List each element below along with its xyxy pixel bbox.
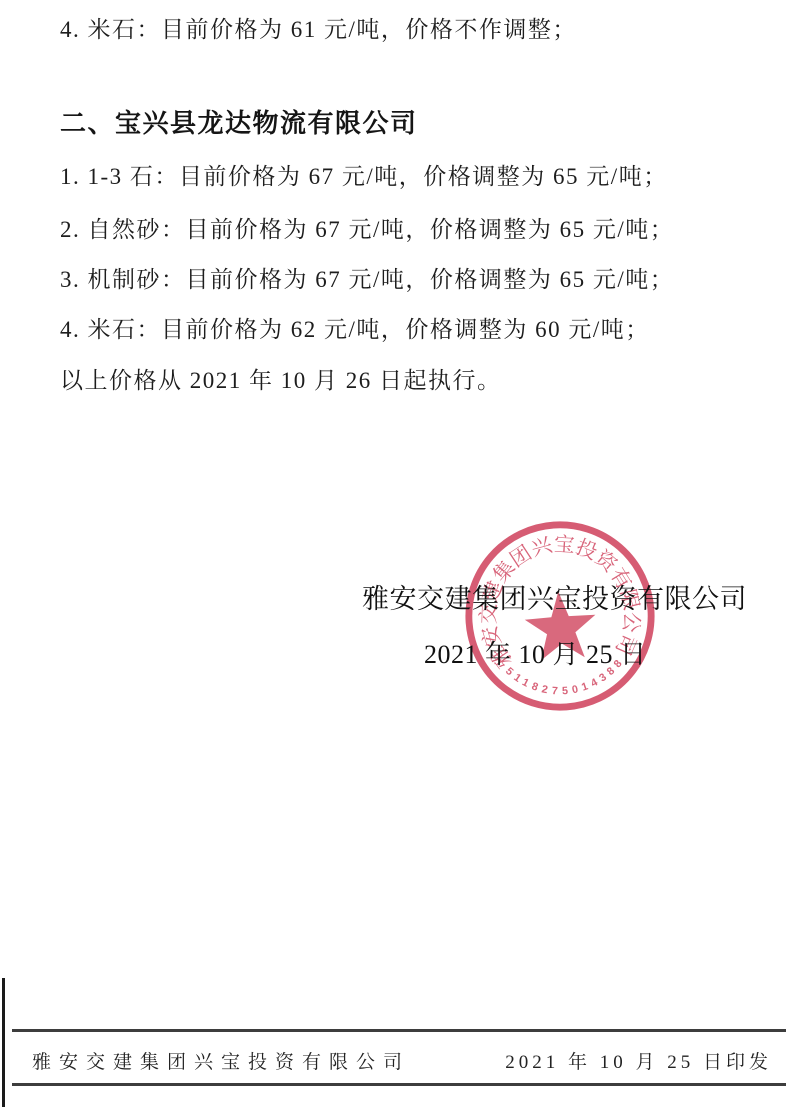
footer-bottom-rule xyxy=(12,1083,786,1086)
price-line-1-3-stone: 1. 1-3 石：目前价格为 67 元/吨，价格调整为 65 元/吨； xyxy=(60,161,668,193)
effective-date-line: 以上价格从 2021 年 10 月 26 日起执行。 xyxy=(60,365,502,397)
footer-print-date: 2021 年 10 月 25 日印发 xyxy=(505,1047,772,1074)
scan-edge-artifact xyxy=(2,978,5,1107)
section-heading-company2: 二、宝兴县龙达物流有限公司 xyxy=(60,106,418,140)
price-line-mishi-company2: 4. 米石：目前价格为 62 元/吨，价格调整为 60 元/吨； xyxy=(60,314,650,346)
price-line-machine-sand: 3. 机制砂：目前价格为 67 元/吨，价格调整为 65 元/吨； xyxy=(60,264,674,296)
footer-issuer-name: 雅安交建集团兴宝投资有限公司 xyxy=(32,1047,410,1074)
document-page: 4. 米石：目前价格为 61 元/吨，价格不作调整； 二、宝兴县龙达物流有限公司… xyxy=(0,0,800,1107)
footer-top-rule xyxy=(12,1029,786,1032)
price-line-natural-sand: 2. 自然砂：目前价格为 67 元/吨，价格调整为 65 元/吨； xyxy=(60,214,674,246)
price-line-mishi-company1: 4. 米石：目前价格为 61 元/吨，价格不作调整； xyxy=(60,14,577,46)
signature-company-name: 雅安交建集团兴宝投资有限公司 xyxy=(362,577,747,616)
signature-date: 2021 年 10 月 25 日 xyxy=(424,634,647,671)
company-seal-stamp-icon: 雅安交建集团兴宝投资有限公司 5118275014388 xyxy=(455,511,664,720)
